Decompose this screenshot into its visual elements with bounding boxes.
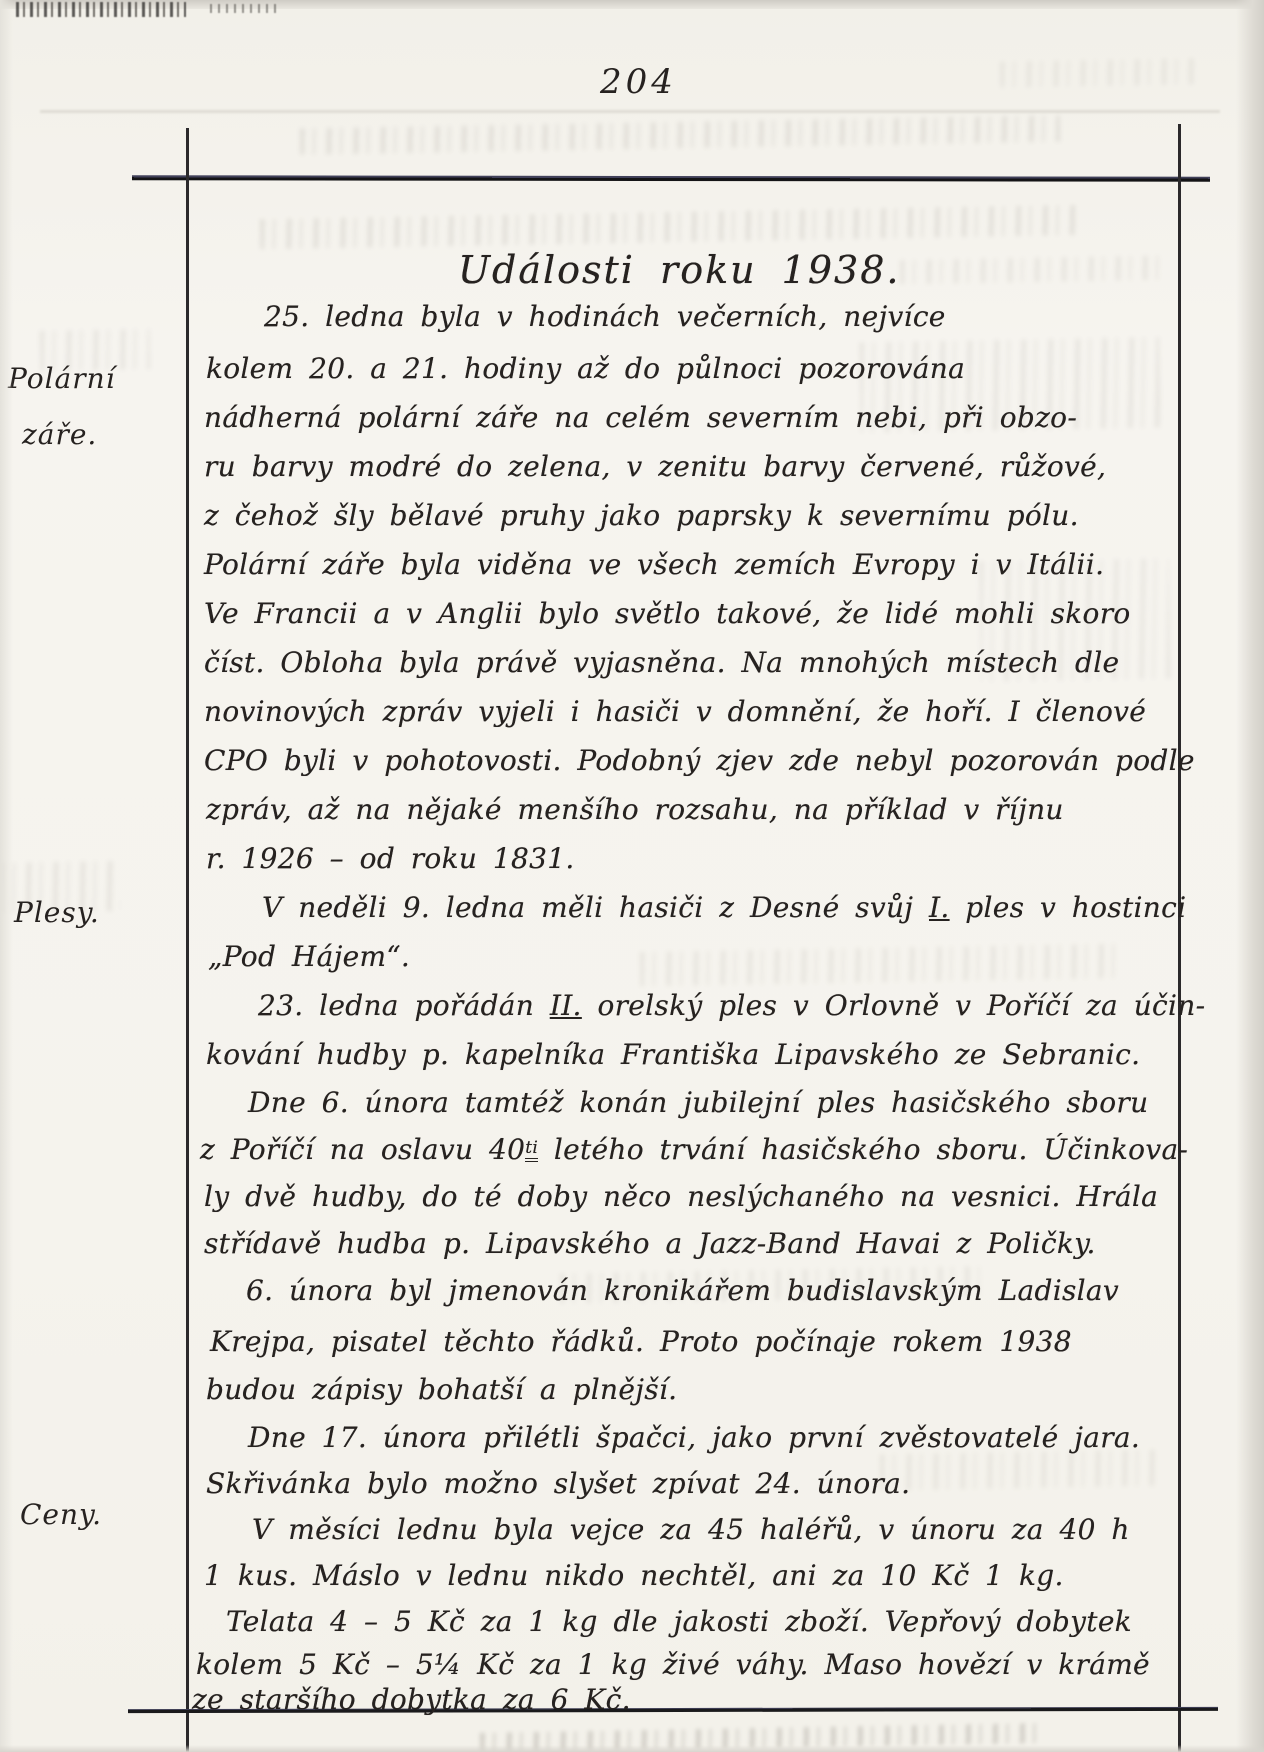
handwritten-line: 1 kus. Máslo v lednu nikdo nechtěl, ani … <box>204 1559 1064 1593</box>
handwritten-line: ru barvy modré do zelena, v zenitu barvy… <box>204 450 1106 484</box>
handwritten-line: 23. ledna pořádán II. orelský ples v Orl… <box>258 989 1205 1023</box>
handwritten-line: Ve Francii a v Anglii bylo světlo takové… <box>204 597 1131 631</box>
handwritten-line: kolem 20. a 21. hodiny až do půlnoci poz… <box>206 352 965 386</box>
top-rule <box>132 175 1210 182</box>
handwritten-line: Dne 6. února tamtéž konán jubilejní ples… <box>248 1086 1148 1120</box>
handwritten-line: 6. února byl jmenován kronikářem budisla… <box>246 1274 1119 1308</box>
scan-edge <box>1236 0 1264 1752</box>
handwritten-line: Polární záře byla viděna ve všech zemích… <box>204 548 1104 582</box>
scanned-page: 204 Události roku 1938. Polárnízáře.Ples… <box>0 0 1264 1752</box>
handwritten-line: nádherná polární záře na celém severním … <box>204 401 1077 435</box>
margin-note: Polární <box>8 362 116 395</box>
scan-speckle-artifact <box>210 4 280 13</box>
handwritten-line: Dne 17. února přilétli špačci, jako prvn… <box>248 1421 1140 1455</box>
margin-note: Ceny. <box>20 1498 102 1531</box>
handwritten-line: střídavě hudba p. Lipavského a Jazz-Band… <box>204 1227 1096 1261</box>
handwritten-line: kolem 5 Kč – 5¼ Kč za 1 kg živé váhy. Ma… <box>196 1648 1150 1682</box>
bleed-through-artifact <box>900 256 1160 285</box>
handwritten-line: z Poříčí na oslavu 40ti letého trvání ha… <box>200 1133 1188 1167</box>
handwritten-line: kování hudby p. kapelníka Františka Lipa… <box>206 1038 1140 1072</box>
handwritten-line: V měsíci lednu byla vejce za 45 haléřů, … <box>252 1513 1130 1547</box>
page-number: 204 <box>600 62 677 102</box>
handwritten-line: V neděli 9. ledna měli hasiči z Desné sv… <box>262 891 1186 925</box>
handwritten-line: ze staršího dobytka za 6 Kč. <box>192 1683 631 1717</box>
margin-note: záře. <box>22 418 97 451</box>
handwritten-line: číst. Obloha byla právě vyjasněna. Na mn… <box>204 646 1119 680</box>
bleed-through-artifact <box>300 115 1060 154</box>
scan-edge <box>0 0 1264 9</box>
bleed-through-artifact <box>640 944 1121 986</box>
handwritten-line: CPO byli v pohotovosti. Podobný zjev zde… <box>204 744 1195 778</box>
left-margin-rule <box>186 128 189 1752</box>
scan-edge <box>0 0 13 1752</box>
scan-streak-artifact <box>40 110 1220 113</box>
handwritten-line: novinových zpráv vyjeli i hasiči v domně… <box>204 695 1146 729</box>
handwritten-line: Skřivánka bylo možno slyšet zpívat 24. ú… <box>206 1467 910 1501</box>
handwritten-line: 25. ledna byla v hodinách večerních, nej… <box>264 300 946 334</box>
handwritten-line: „Pod Hájem“. <box>208 940 410 974</box>
handwritten-line: r. 1926 – od roku 1831. <box>206 842 575 876</box>
page-heading: Události roku 1938. <box>458 248 900 292</box>
margin-note: Plesy. <box>14 896 100 929</box>
bleed-through-artifact <box>880 1450 1161 1491</box>
handwritten-line: ly dvě hudby, do té doby něco neslýchané… <box>204 1180 1158 1214</box>
handwritten-line: Krejpa, pisatel těchto řádků. Proto počí… <box>210 1325 1072 1359</box>
handwritten-line: budou zápisy bohatší a plnější. <box>206 1373 677 1407</box>
right-margin-rule <box>1178 124 1181 1752</box>
handwritten-line: Telata 4 – 5 Kč za 1 kg dle jakosti zbož… <box>226 1605 1132 1639</box>
handwritten-line: zpráv, až na nějaké menšího rozsahu, na … <box>206 793 1064 827</box>
scan-edge <box>0 1745 1264 1752</box>
bleed-through-artifact <box>260 205 1080 249</box>
handwritten-line: z čehož šly bělavé pruhy jako paprsky k … <box>204 499 1079 533</box>
bleed-through-artifact <box>1000 58 1200 87</box>
scan-speckle-artifact <box>16 2 186 17</box>
